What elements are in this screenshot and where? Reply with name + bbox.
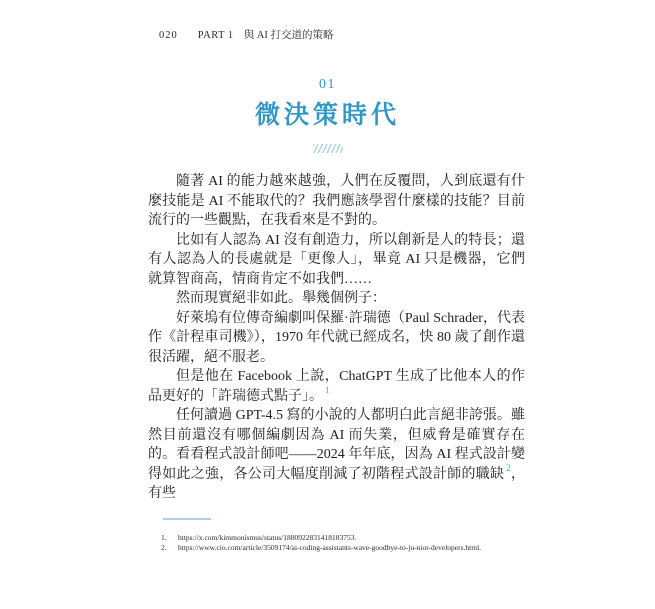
book-page: 020 PART 1 與 AI 打交道的策略 01 微決策時代 隨著 AI 的能…	[0, 0, 655, 609]
paragraph-5-text: 但是他在 Facebook 上說，ChatGPT 生成了比他本人的作品更好的「許…	[148, 369, 525, 404]
paragraph-4: 好萊塢有位傳奇編劇叫保羅·許瑞德（Paul Schrader，代表作《計程車司機…	[148, 309, 525, 368]
footnote-ref-2: 2	[506, 463, 511, 473]
part-title: 與 AI 打交道的策略	[244, 27, 334, 42]
page-number: 020	[159, 30, 178, 41]
chapter-number: 01	[0, 77, 655, 93]
footnotes: 1. https://x.com/kimmonismus/status/1880…	[161, 533, 527, 553]
footnote-2-url: https://www.cio.com/article/3509174/ai-c…	[178, 543, 527, 552]
body-text: 隨著 AI 的能力越來越強，人們在反覆問，人到底還有什麼技能是 AI 不能取代的…	[148, 172, 525, 504]
footnote-ref-1: 1	[325, 385, 330, 395]
part-label: PART 1	[198, 30, 234, 41]
footnote-divider	[163, 518, 211, 520]
hatch-decoration-icon	[313, 144, 343, 153]
paragraph-2: 比如有人認為 AI 沒有創造力，所以創新是人的特長；還有人認為人的長處就是「更像…	[148, 231, 525, 290]
footnote-2-number: 2.	[161, 543, 178, 552]
footnote-2: 2. https://www.cio.com/article/3509174/a…	[161, 543, 527, 552]
footnote-1-number: 1.	[161, 533, 178, 542]
paragraph-5: 但是他在 Facebook 上說，ChatGPT 生成了比他本人的作品更好的「許…	[148, 367, 525, 406]
paragraph-6: 任何讀過 GPT-4.5 寫的小說的人都明白此言絕非誇張。雖然目前還沒有哪個編劇…	[148, 406, 525, 504]
footnote-1-url: https://x.com/kimmonismus/status/1880922…	[178, 533, 527, 542]
chapter-title: 微決策時代	[0, 95, 655, 131]
paragraph-3: 然而現實絕非如此。舉幾個例子：	[148, 289, 525, 309]
footnote-1: 1. https://x.com/kimmonismus/status/1880…	[161, 533, 527, 542]
running-header: 020 PART 1 與 AI 打交道的策略	[159, 27, 334, 42]
paragraph-1: 隨著 AI 的能力越來越強，人們在反覆問，人到底還有什麼技能是 AI 不能取代的…	[148, 172, 525, 231]
paragraph-6-text-a: 任何讀過 GPT-4.5 寫的小說的人都明白此言絕非誇張。雖然目前還沒有哪個編劇…	[148, 408, 525, 482]
